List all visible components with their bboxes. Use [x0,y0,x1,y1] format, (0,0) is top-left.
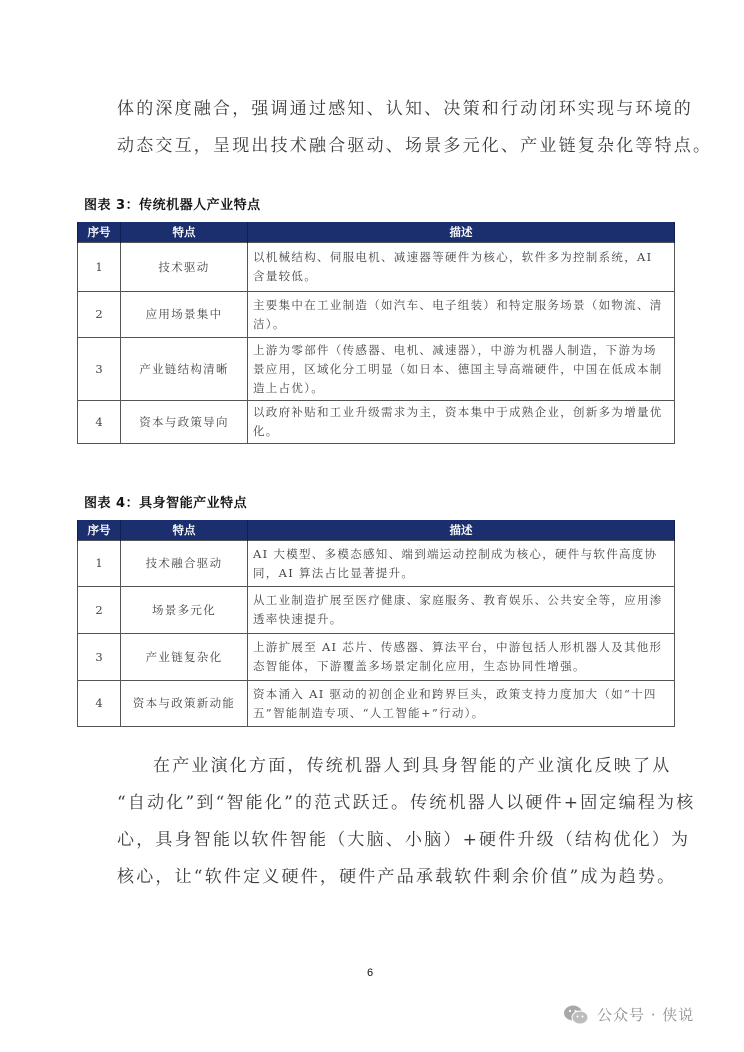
row-desc: 上游扩展至 AI 芯片、传感器、算法平台，中游包括人形机器人及其他形态智能体，下… [248,634,675,681]
row-num: 1 [78,541,121,587]
row-desc: AI 大模型、多模态感知、端到端运动控制成为核心，硬件与软件高度协同，AI 算法… [248,541,675,587]
header-desc: 描述 [248,222,675,243]
header-desc: 描述 [248,520,675,541]
table-row: 1 技术融合驱动 AI 大模型、多模态感知、端到端运动控制成为核心，硬件与软件高… [78,541,675,587]
paragraph-line: “自动化”到“智能化”的范式跃迁。传统机器人以硬件+固定编程为核 [117,785,637,822]
paragraph-line: 心，具身智能以软件智能（大脑、小脑）+硬件升级（结构优化）为 [117,822,637,859]
paragraph-line: 核心，让“软件定义硬件，硬件产品承载软件剩余价值”成为趋势。 [117,859,637,896]
row-desc: 主要集中在工业制造（如汽车、电子组装）和特定服务场景（如物流、清洁）。 [248,292,675,338]
table-row: 2 场景多元化 从工业制造扩展至医疗健康、家庭服务、教育娱乐、公共安全等，应用渗… [78,587,675,634]
row-num: 3 [78,338,121,401]
page-number: 6 [367,967,373,979]
table-header-row: 序号 特点 描述 [78,222,675,243]
row-feature: 应用场景集中 [121,292,248,338]
header-num: 序号 [78,520,121,541]
table-row: 3 产业链复杂化 上游扩展至 AI 芯片、传感器、算法平台，中游包括人形机器人及… [78,634,675,681]
row-feature: 技术驱动 [121,243,248,292]
row-feature: 产业链结构清晰 [121,338,248,401]
intro-paragraph: 体的深度融合，强调通过感知、认知、决策和行动闭环实现与环境的 动态交互，呈现出技… [117,91,637,165]
row-desc: 以政府补贴和工业升级需求为主，资本集中于成熟企业，创新多为增量优化。 [248,401,675,444]
row-num: 4 [78,681,121,727]
row-desc: 以机械结构、伺服电机、减速器等硬件为核心，软件多为控制系统，AI 含量较低。 [248,243,675,292]
row-desc: 资本涌入 AI 驱动的初创企业和跨界巨头，政策支持力度加大（如“十四五”智能制造… [248,681,675,727]
row-num: 4 [78,401,121,444]
table-row: 4 资本与政策新动能 资本涌入 AI 驱动的初创企业和跨界巨头，政策支持力度加大… [78,681,675,727]
row-feature: 资本与政策新动能 [121,681,248,727]
row-feature: 场景多元化 [121,587,248,634]
row-feature: 资本与政策导向 [121,401,248,444]
row-num: 1 [78,243,121,292]
table3-caption: 图表 3：传统机器人产业特点 [84,194,261,213]
paragraph-line: 体的深度融合，强调通过感知、认知、决策和行动闭环实现与环境的 [117,91,637,128]
row-num: 3 [78,634,121,681]
table-row: 2 应用场景集中 主要集中在工业制造（如汽车、电子组装）和特定服务场景（如物流、… [78,292,675,338]
table-row: 3 产业链结构清晰 上游为零部件（传感器、电机、减速器），中游为机器人制造，下游… [78,338,675,401]
row-desc: 上游为零部件（传感器、电机、减速器），中游为机器人制造，下游为场景应用，区域化分… [248,338,675,401]
header-feature: 特点 [121,520,248,541]
paragraph-line: 在产业演化方面，传统机器人到具身智能的产业演化反映了从 [117,748,637,785]
closing-paragraph: 在产业演化方面，传统机器人到具身智能的产业演化反映了从 “自动化”到“智能化”的… [117,748,637,896]
table-row: 1 技术驱动 以机械结构、伺服电机、减速器等硬件为核心，软件多为控制系统，AI … [78,243,675,292]
row-num: 2 [78,292,121,338]
table3: 序号 特点 描述 1 技术驱动 以机械结构、伺服电机、减速器等硬件为核心，软件多… [77,222,675,444]
header-feature: 特点 [121,222,248,243]
table4-caption: 图表 4：具身智能产业特点 [84,492,247,511]
watermark: 公众号 · 侠说 [563,1004,694,1025]
paragraph-line: 动态交互，呈现出技术融合驱动、场景多元化、产业链复杂化等特点。 [117,128,637,165]
watermark-text: 公众号 · 侠说 [597,1004,694,1025]
wechat-icon [563,1005,589,1025]
row-feature: 技术融合驱动 [121,541,248,587]
table-row: 4 资本与政策导向 以政府补贴和工业升级需求为主，资本集中于成熟企业，创新多为增… [78,401,675,444]
header-num: 序号 [78,222,121,243]
row-feature: 产业链复杂化 [121,634,248,681]
table4: 序号 特点 描述 1 技术融合驱动 AI 大模型、多模态感知、端到端运动控制成为… [77,520,675,727]
table-header-row: 序号 特点 描述 [78,520,675,541]
row-num: 2 [78,587,121,634]
row-desc: 从工业制造扩展至医疗健康、家庭服务、教育娱乐、公共安全等，应用渗透率快速提升。 [248,587,675,634]
